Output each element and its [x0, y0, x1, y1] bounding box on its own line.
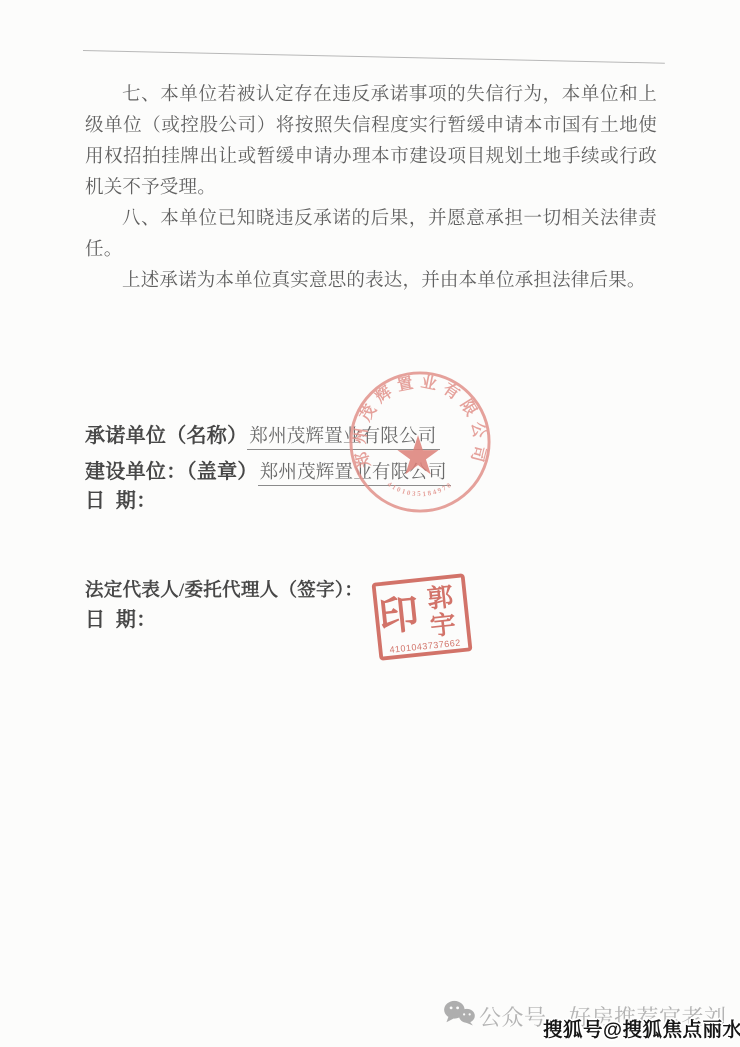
seal-company-name: 郑州茂辉置业有限公司 — [350, 372, 490, 471]
promiser-name: 郑州茂辉置业有限公司 — [247, 427, 440, 450]
builder-label: 建设单位：（盖章） — [85, 461, 258, 483]
scanned-document-page: 七、本单位若被认定存在违反承诺事项的失信行为，本单位和上 级单位（或控股公司）将… — [0, 0, 740, 1047]
builder-name: 郑州茂辉置业有限公司 — [258, 463, 451, 486]
sohu-watermark-text: 搜狐号@搜狐焦点丽水站 — [543, 1014, 740, 1042]
promiser-line: 承诺单位（名称）郑州茂辉置业有限公司 — [85, 423, 440, 451]
date-line: 日 期： — [85, 488, 157, 516]
date-label-2: 日 期： — [85, 609, 157, 631]
wechat-icon — [442, 1000, 476, 1026]
clause-7-line: 七、本单位若被认定存在违反承诺事项的失信行为，本单位和上 — [85, 80, 657, 111]
clause-7-line: 级单位（或控股公司）将按照失信程度实行暂缓申请本市国有土地使 — [85, 111, 657, 142]
header-rule — [83, 50, 665, 64]
personal-seal-char-guo: 郭 — [426, 582, 455, 614]
svg-text:郑州茂辉置业有限公司: 郑州茂辉置业有限公司 — [350, 372, 490, 471]
legal-rep-line: 法定代表人/委托代理人（签字）： — [85, 578, 363, 605]
personal-seal-char-yu: 宇 — [429, 610, 458, 642]
closing-statement: 上述承诺为本单位真实意思的表达，并由本单位承担法律后果。 — [85, 266, 657, 297]
personal-seal-char-yin: 印 — [377, 591, 421, 640]
commitment-clauses: 七、本单位若被认定存在违反承诺事项的失信行为，本单位和上 级单位（或控股公司）将… — [85, 80, 657, 297]
clause-8-line: 八、本单位已知晓违反承诺的后果，并愿意承担一切相关法律责 — [85, 204, 657, 235]
personal-seal-border — [374, 575, 471, 658]
personal-seal-number: 4101043737662 — [389, 638, 461, 655]
personal-seal-stamp: 印 郭 宇 4101043737662 — [370, 572, 474, 662]
date-label: 日 期： — [85, 490, 157, 512]
builder-line: 建设单位：（盖章）郑州茂辉置业有限公司 — [85, 459, 451, 487]
legal-rep-label: 法定代表人/委托代理人（签字）： — [85, 581, 363, 601]
date-line-2: 日 期： — [85, 607, 157, 635]
clause-8-line: 任。 — [85, 235, 657, 266]
clause-7-line: 用权招拍挂牌出让或暂缓申请办理本市建设项目规划土地手续或行政 — [85, 142, 657, 173]
clause-7-line: 机关不予受理。 — [85, 173, 657, 204]
promiser-label: 承诺单位（名称） — [85, 425, 247, 447]
